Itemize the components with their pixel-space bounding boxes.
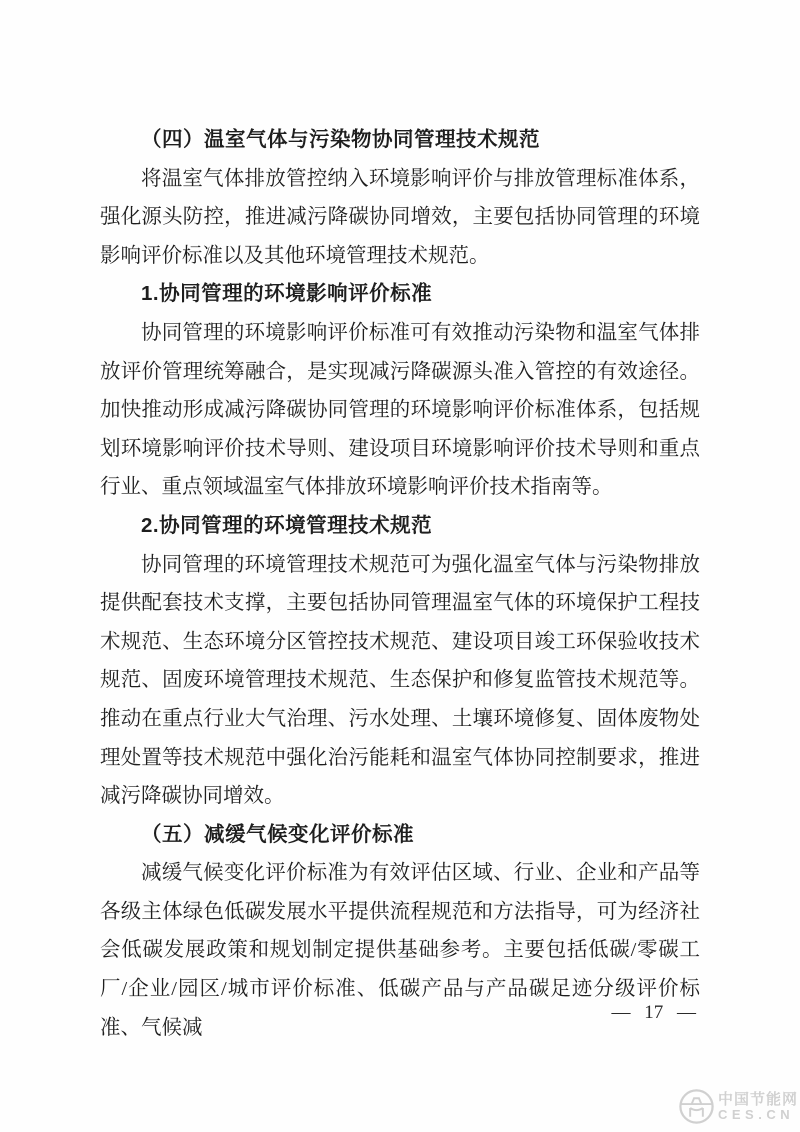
paragraph-subsection-1: 协同管理的环境影响评价标准可有效推动污染物和温室气体排放评价管理统筹融合，是实现…: [100, 314, 700, 507]
watermark-domain: CES.CN: [718, 1108, 798, 1122]
watermark-site-name: 中国节能网: [718, 1092, 798, 1108]
document-content: （四）温室气体与污染物协同管理技术规范 将温室气体排放管控纳入环境影响评价与排放…: [100, 121, 700, 1047]
heading-subsection-2: 2.协同管理的环境管理技术规范: [100, 507, 700, 546]
document-page: （四）温室气体与污染物协同管理技术规范 将温室气体排放管控纳入环境影响评价与排放…: [0, 0, 800, 1132]
paragraph-subsection-2: 协同管理的环境管理技术规范可为强化温室气体与污染物排放提供配套技术支撑，主要包括…: [100, 546, 700, 816]
heading-section-4: （四）温室气体与污染物协同管理技术规范: [100, 121, 700, 160]
paragraph-section-5-intro: 减缓气候变化评价标准为有效评估区域、行业、企业和产品等各级主体绿色低碳发展水平提…: [100, 854, 700, 1047]
paragraph-section-4-intro: 将温室气体排放管控纳入环境影响评价与排放管理标准体系，强化源头防控，推进减污降碳…: [100, 160, 700, 276]
watermark: 中国节能网 CES.CN: [677, 1087, 798, 1126]
heading-section-5: （五）减缓气候变化评价标准: [100, 816, 700, 855]
watermark-text: 中国节能网 CES.CN: [718, 1092, 798, 1121]
page-number: — 17 —: [612, 1002, 697, 1024]
heading-subsection-1: 1.协同管理的环境影响评价标准: [100, 275, 700, 314]
cesn-logo-icon: [677, 1087, 716, 1126]
